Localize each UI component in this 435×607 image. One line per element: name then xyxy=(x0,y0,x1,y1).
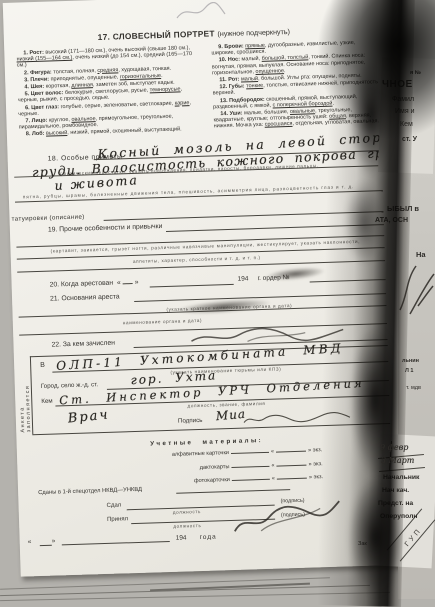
side-fragment-imya: Имя и xyxy=(395,108,415,115)
ruled-line xyxy=(150,284,234,288)
prison-field-label: В xyxy=(40,362,45,369)
fill-line xyxy=(276,461,306,467)
side-fragment-tmdv: т. мдв xyxy=(406,385,421,391)
filled-by-caption: должность, звание, фамилия xyxy=(187,401,265,408)
fill-line xyxy=(232,475,270,481)
side-fragment-kem: Кем xyxy=(400,121,413,128)
form-title-text: СЛОВЕСНЫЙ ПОРТРЕТ xyxy=(113,28,215,41)
record-row-dakto: дактокарты«» экз. xyxy=(149,460,322,472)
sdal-caption: должность xyxy=(173,509,201,515)
portrait-column-left: 1. Рост: высокий (171—180 см.), очень вы… xyxy=(16,45,205,139)
side-fragment-lnin: льнин xyxy=(402,358,419,364)
side-fragment-nachalnik: Начальник xyxy=(383,474,419,481)
side-fragment-zak: Зак xyxy=(358,541,367,547)
adjacent-page: я № ЧНОЕ Фамил Имя и Кем ст. У ЫБЫЛ в АТ… xyxy=(350,0,435,599)
portrait-columns: 1. Рост: высокий (171—180 см.), очень вы… xyxy=(16,39,381,139)
side-fragment-number: я № xyxy=(410,70,421,76)
signature-label: Подпись xyxy=(178,417,203,425)
fill-line xyxy=(276,447,306,453)
section20-label: 20. Когда арестован «» xyxy=(50,279,139,289)
form-title-number: 17. xyxy=(98,32,111,42)
fill-line xyxy=(123,279,133,284)
side-fragment-predst: Предст. на xyxy=(378,500,413,507)
prinyal-label: Принял xyxy=(107,516,128,523)
side-fragment-nach: Нач кач. xyxy=(382,487,409,494)
footer-open-quote: « xyxy=(28,538,32,545)
prinyal-caption: должность xyxy=(173,523,201,529)
side-pen-marks xyxy=(392,258,435,318)
side-handwritten-feb: 9 февр xyxy=(380,443,408,452)
scanned-document: 17. СЛОВЕСНЫЙ ПОРТРЕТ (нужное подчеркнут… xyxy=(0,0,435,599)
fill-line xyxy=(277,474,307,480)
footer-goda: года xyxy=(200,534,217,542)
ink-smudge xyxy=(265,265,326,283)
form-content: 17. СЛОВЕСНЫЙ ПОРТРЕТ (нужное подчеркнут… xyxy=(7,13,396,564)
side-fragment-vybyl: ЫБЫЛ в xyxy=(387,204,419,213)
pencil-mark xyxy=(175,2,227,22)
ruled-line xyxy=(104,211,384,221)
section19-caption-2: аппетиты, характер, способности и т. д. … xyxy=(133,255,261,264)
side-fragment-ata: АТА, ОСН xyxy=(375,217,408,224)
form-title-note: (нужное подчеркнуть) xyxy=(217,27,290,38)
tattoo-label: татуировки (описание) xyxy=(11,213,84,222)
footer-year: 194 xyxy=(176,534,187,541)
filled-by-label: Кем xyxy=(41,398,53,405)
role-entry: Врач xyxy=(67,407,110,426)
ruled-line xyxy=(17,260,385,273)
section21-caption-2: наименование органа и дата) xyxy=(123,318,202,325)
anketa-side-label: Анкета заполняется xyxy=(18,360,32,432)
fill-line xyxy=(40,541,52,546)
arrest-year: 194 xyxy=(237,275,248,282)
footer-close-quote: » xyxy=(52,538,56,545)
section22-label: 22. За кем зачислен xyxy=(51,340,115,349)
side-fragment-lichnoe: ЧНОЕ xyxy=(382,79,413,90)
sdal-label: Сдал xyxy=(107,502,122,508)
section21-label: 21. Основания ареста xyxy=(50,293,120,302)
adjacent-page-light-patch xyxy=(378,57,435,174)
fill-line xyxy=(231,448,269,454)
ruled-line xyxy=(176,489,290,494)
fill-line xyxy=(231,462,269,468)
anketa-box-bottom xyxy=(32,423,390,435)
record-row-photo: фотокарточки«» экз. xyxy=(150,473,323,485)
record-row-alpha: алфавитные карточки«» экз. xyxy=(149,446,322,458)
section19-label: 19. Прочие особенности и привычки xyxy=(48,223,163,234)
ruled-line xyxy=(62,541,170,545)
side-fragment-familia: Фамил xyxy=(392,96,414,103)
handed-to-label: Сданы в 1-й спецотдел НКВД—УНКВД xyxy=(38,487,142,496)
city-field-label: Город, село ж.-д. ст. xyxy=(41,381,98,390)
side-fragment-statya: ст. У xyxy=(402,136,417,143)
side-handwritten-mar: 3 Март xyxy=(381,456,414,465)
side-fragment-l1: Л 1 xyxy=(405,368,413,374)
